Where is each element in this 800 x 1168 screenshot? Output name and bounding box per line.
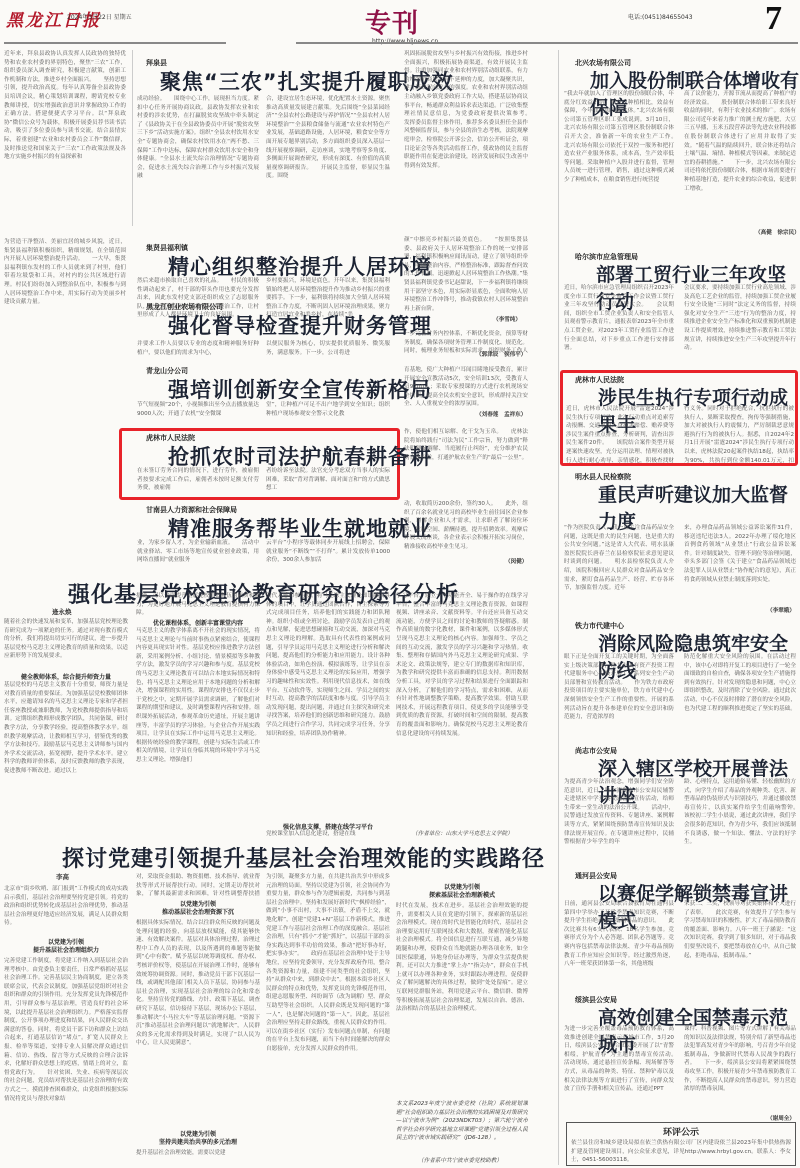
- section-title: 专刊: [365, 3, 419, 40]
- subhead-party-building-2: 以党建为引领 推动基层社会治理资源下沉: [136, 901, 260, 917]
- article-party-school-col3: 的代入感和参与度。将马克思主义理论知识融入具体的项目中，让学员通过团队合作，自主…: [266, 592, 390, 820]
- article-party-school-col1b: 基层党校的马克思主义教育十分重要，师资力量是对教育质量的重要保证。为加强基层党校…: [4, 681, 128, 835]
- issue-date: 2024年3月22日 星期五: [67, 12, 132, 21]
- article-hulin-court-1-col3: 者纷纷诉至法院。法官充分考虑双方当事人的实际困难，采取“背对背调解、面对面言和”…: [266, 467, 390, 495]
- byline-gannan: （闵健）: [505, 557, 527, 565]
- article-party-school-col3b: 党校课堂加入信息化建设，搭建在线: [266, 830, 390, 839]
- article-hulin-court-2-col1: 近日，虎林市人民法院开展“雷霆2024”涉民生执行专项行动，此次行动重点对追索劳…: [566, 405, 674, 463]
- article-tonghe-col1: 日前，通河县公安局联合县教育局在通河县第四中学举办了开学季禁毒知识竞赛，不断提升…: [564, 900, 674, 986]
- article-gannan-col2: 业，为家乡留人才，为企业输新血液。 活动中就业驿站、零工市场等地宣传就业创业政策…: [137, 539, 259, 565]
- article-party-building-col1: 北京市“街乡吹哨、部门报到”工作模式的成功实践启示我们，基层社会治理要坚持党建引…: [4, 885, 128, 937]
- column-divider: [558, 50, 559, 1165]
- subhead-party-school-2: 优化课程体系，创新丰富课堂内容: [136, 618, 260, 627]
- byline-suibin: （谢周全）: [767, 1114, 795, 1122]
- contact-phone: 电话:(0451)84655043: [628, 12, 693, 21]
- article-suibin-col2: 课件、科普视频、图片等方式讲解了有关毒品的知识以及法律法规，特别介绍了新型毒品违…: [684, 1025, 796, 1115]
- article-hulin-court-1-col4: 作，使他们相互谅解、化干戈为玉帛。 虎林法院将始终践行“司法为民”工作宗旨，努力…: [404, 428, 528, 488]
- article-party-building-col4: 时代在发展，技术在进步。基层社会治理效能的提升，需要相关人员在党建的引领下，探索…: [396, 902, 528, 1098]
- author-party-school: 逄永焕: [52, 607, 72, 616]
- byline-mingshui: （李翠娥）: [767, 606, 795, 614]
- article-party-building-col3: 为引领，凝聚多方力量，在共建共治共享中形成多元治理的局面。坚持以党建为引领，社会…: [266, 873, 390, 1165]
- column-divider: [132, 50, 133, 226]
- notice-body: 依兰县住房和城乡建设局拟在依兰供热有限公司厂区内建设依兰县2023年集中供热热源…: [567, 1138, 795, 1166]
- article-shangzhi-col2: 龄、心理特点，运用通俗易懂、轻松幽默的方式，向学生介绍了毒品的外观种类、危害、新…: [684, 778, 796, 878]
- author-note-party-building: （作者系中共宁波市委党校助教）: [418, 1156, 502, 1164]
- page-number: 7: [765, 0, 782, 38]
- subhead-party-building-1: 以党建为引领 提升基层社会治理组织力: [4, 939, 128, 955]
- funding-note-party-building: 本文系2023年度宁波市委党校（社院）系统规划课题“社会组织助力基层社会治理的实…: [396, 1100, 528, 1152]
- article-baiquan-col4: 巩固拓展脱贫攻坚与乡村振兴有效衔接，推进乡村全面振兴，积极拓展协商渠道，有效开展…: [404, 50, 528, 228]
- subhead-party-building-3: 以党建为引领 坚持共建共治共享的多元治理: [136, 1131, 260, 1147]
- article-qinglongshan-col3: 堂”，让种植户可足不出户地学到安全知识；组织种植户现场参观安全警示文化教: [266, 401, 390, 419]
- byline-jixian: （李雪纯）: [493, 315, 521, 323]
- article-hulin-court-1-col2: 在未签订劳务合同的情况下，进行劳作，被雇佣者按要求完成工作后，雇佣者未按时足额支…: [137, 467, 259, 495]
- article-baiquan-col3: 合，建设宜居生态环境，优化配置水土资源。聚焦推动高质量发展建言献策。先后围绕“全…: [266, 95, 390, 227]
- subhead-party-building-4: 以党建为引领 探索基层社会治理新模式: [396, 884, 528, 900]
- article-tieli-col1: 眼下正是全面开复工的关键时期，为全面落实上级决策部署，铁力市国有资产投资工程代建…: [564, 653, 674, 737]
- article-party-school-col1: 随着社会的快速发展和变革，加强基层党校理论教育研究成为一项紧迫的任务。通过对现有…: [4, 618, 128, 670]
- article-party-school-col2b: 马克思主义的教学体系离不开社会的现实情况，将马克思主义理论与当前时事热点紧密结合…: [136, 627, 260, 835]
- header-rule-right: [296, 42, 798, 44]
- article-party-school-col2: 措施，可以全面提升基层党校师资队伍的素质和能力，为更好地开展马克思主义理论教育提…: [136, 592, 260, 616]
- article-mingshui-col2: 来，办理食品药品领域公益诉讼案件31件，移送违纪违法3人。2022年办理了绥化地…: [684, 524, 796, 604]
- article-shangzhi-col1: 为提高青少年法治观念，增强同学们安全防范意识，近日，哈尔滨尚志市公安局民辅警走进…: [564, 778, 674, 878]
- article-gannan-col3: 云平台”小程序等载体同步开展线上招聘会，保障就业服务“不断线”“不打烊”。累计发…: [266, 539, 390, 565]
- author-party-building: 李高: [56, 872, 69, 881]
- article-party-school-col4: 学习平台，建立一个功能齐全、易于操作的在线学习平台，整合丰富的马克思主义理论教育…: [396, 592, 528, 826]
- author-note-party-school: （作者单位：山东大学马克思主义学院）: [412, 829, 513, 837]
- article-party-building-col2c: 提升基层社会治理效能，需要以党建: [136, 1149, 260, 1161]
- article-suibin-col1: 为进一步完善全覆盖毒品预防教育体系，高效推进创建全国禁毒示范城市工作，3月20日…: [564, 1025, 674, 1121]
- article-chuangye-col2: 并要求工作人员要以专业的态度和精神服务好种植户，要以他们的需求为中心，: [137, 340, 259, 358]
- article-hulin-court-2-col2: 行义务。同时对于拒绝配合，抗拒执行的被执行人，果断采取搜查，拘传等强制措施，加大…: [684, 405, 794, 463]
- subhead-party-school-1: 健全教师体系，综合提升师资力量: [4, 672, 128, 681]
- article-qinglongshan-col2: 节气短视频”20个，小视频推出至今点击播放量达9000人次；开通了农机“安全微课: [137, 401, 259, 419]
- article-beixing-col2: 高了议价能力，开源节流从而提高了种植户的经济效益。 股份制联合体给职工带来良好收…: [684, 90, 796, 220]
- article-tieli-col2: 防范化解重大安全风险的氛围。在活动过程中，该中心对即将开复工的项目进行了一轮全面…: [684, 653, 796, 737]
- article-harbin-emergency-col2: 会议要求，要持续加强工贸行业高危领域、涉及高危工艺企业的监管，持续加强工贸企业履…: [684, 284, 796, 364]
- byline-beixing: （高健 徐宗民）: [755, 228, 800, 236]
- article-party-building-col1b: 完善党建工作制度，将党建工作纳入到基层社会治理考核中。由党委负主要责任，日常严格…: [4, 957, 128, 1165]
- article-party-building-col2: 对，采取资金捐助、物资捐赠、技术指导、就业帮扶等形式开展帮扶行动。同时，定期走访…: [136, 873, 260, 899]
- byline-chuangye: （郭津辰 侯伟平）: [476, 350, 526, 358]
- article-party-building-col2b: 根据具体实际情况，结合以往群众所反映的问题及处理问题的经验，向基层放权赋能，使其…: [136, 919, 260, 1127]
- headline-party-building[interactable]: 探讨党建引领提升基层社会治理效能的实践路径: [62, 842, 545, 873]
- article-baiquan-col1: 近年来，拜泉县政协认真发挥人民政协的独特优势和农业农村委的界别特色，聚焦“三农”…: [4, 50, 126, 228]
- headline-qinglongshan[interactable]: 强培训创新安全宣传新格局: [168, 374, 432, 404]
- article-baiquan-col2: 成功经验。 围绕中心工作，展现担当力度。紧扣中心任务开展协商议政。县政协发挥农业…: [137, 95, 259, 227]
- article-mingshui-col1: “作为医院负责人，我一直关注食品药品安全问题，这既是重大的民生问题，也是重大的公…: [564, 524, 674, 612]
- public-notice-box: 环评公示 依兰县住房和城乡建设局拟在依兰供热有限公司厂区内建设依兰县2023年集…: [566, 1122, 796, 1166]
- header-rule-left: [4, 42, 226, 44]
- article-party-building-col4-lead: [396, 873, 528, 882]
- article-harbin-emergency-col1: 近日，哈尔滨市应急管理局组织召开2023年度全市工贸行业安全监管工作会议暨工贸行…: [564, 284, 674, 364]
- byline-qinglongshan: （刘春莲 孟祥东）: [476, 410, 526, 418]
- article-tonghe-col2: 荣获二、三奖，校领导对获奖集体和个人进行了表彰。 此次竞赛，有效提升了学生参与学…: [684, 900, 796, 986]
- article-beixing-col1: “我去年就加入了管理区的股份制联合体，年底分红效益不错，和自己种植相比，效益有保…: [564, 90, 674, 228]
- headline-chuangye[interactable]: 强化督导检查提升财务管理: [168, 310, 432, 340]
- article-chuangye-col3: 以便民服务为核心，切实提供优质服务、微笑服务，满意服务。下一步，公司将进: [266, 340, 390, 358]
- notice-title: 环评公示: [567, 1125, 795, 1138]
